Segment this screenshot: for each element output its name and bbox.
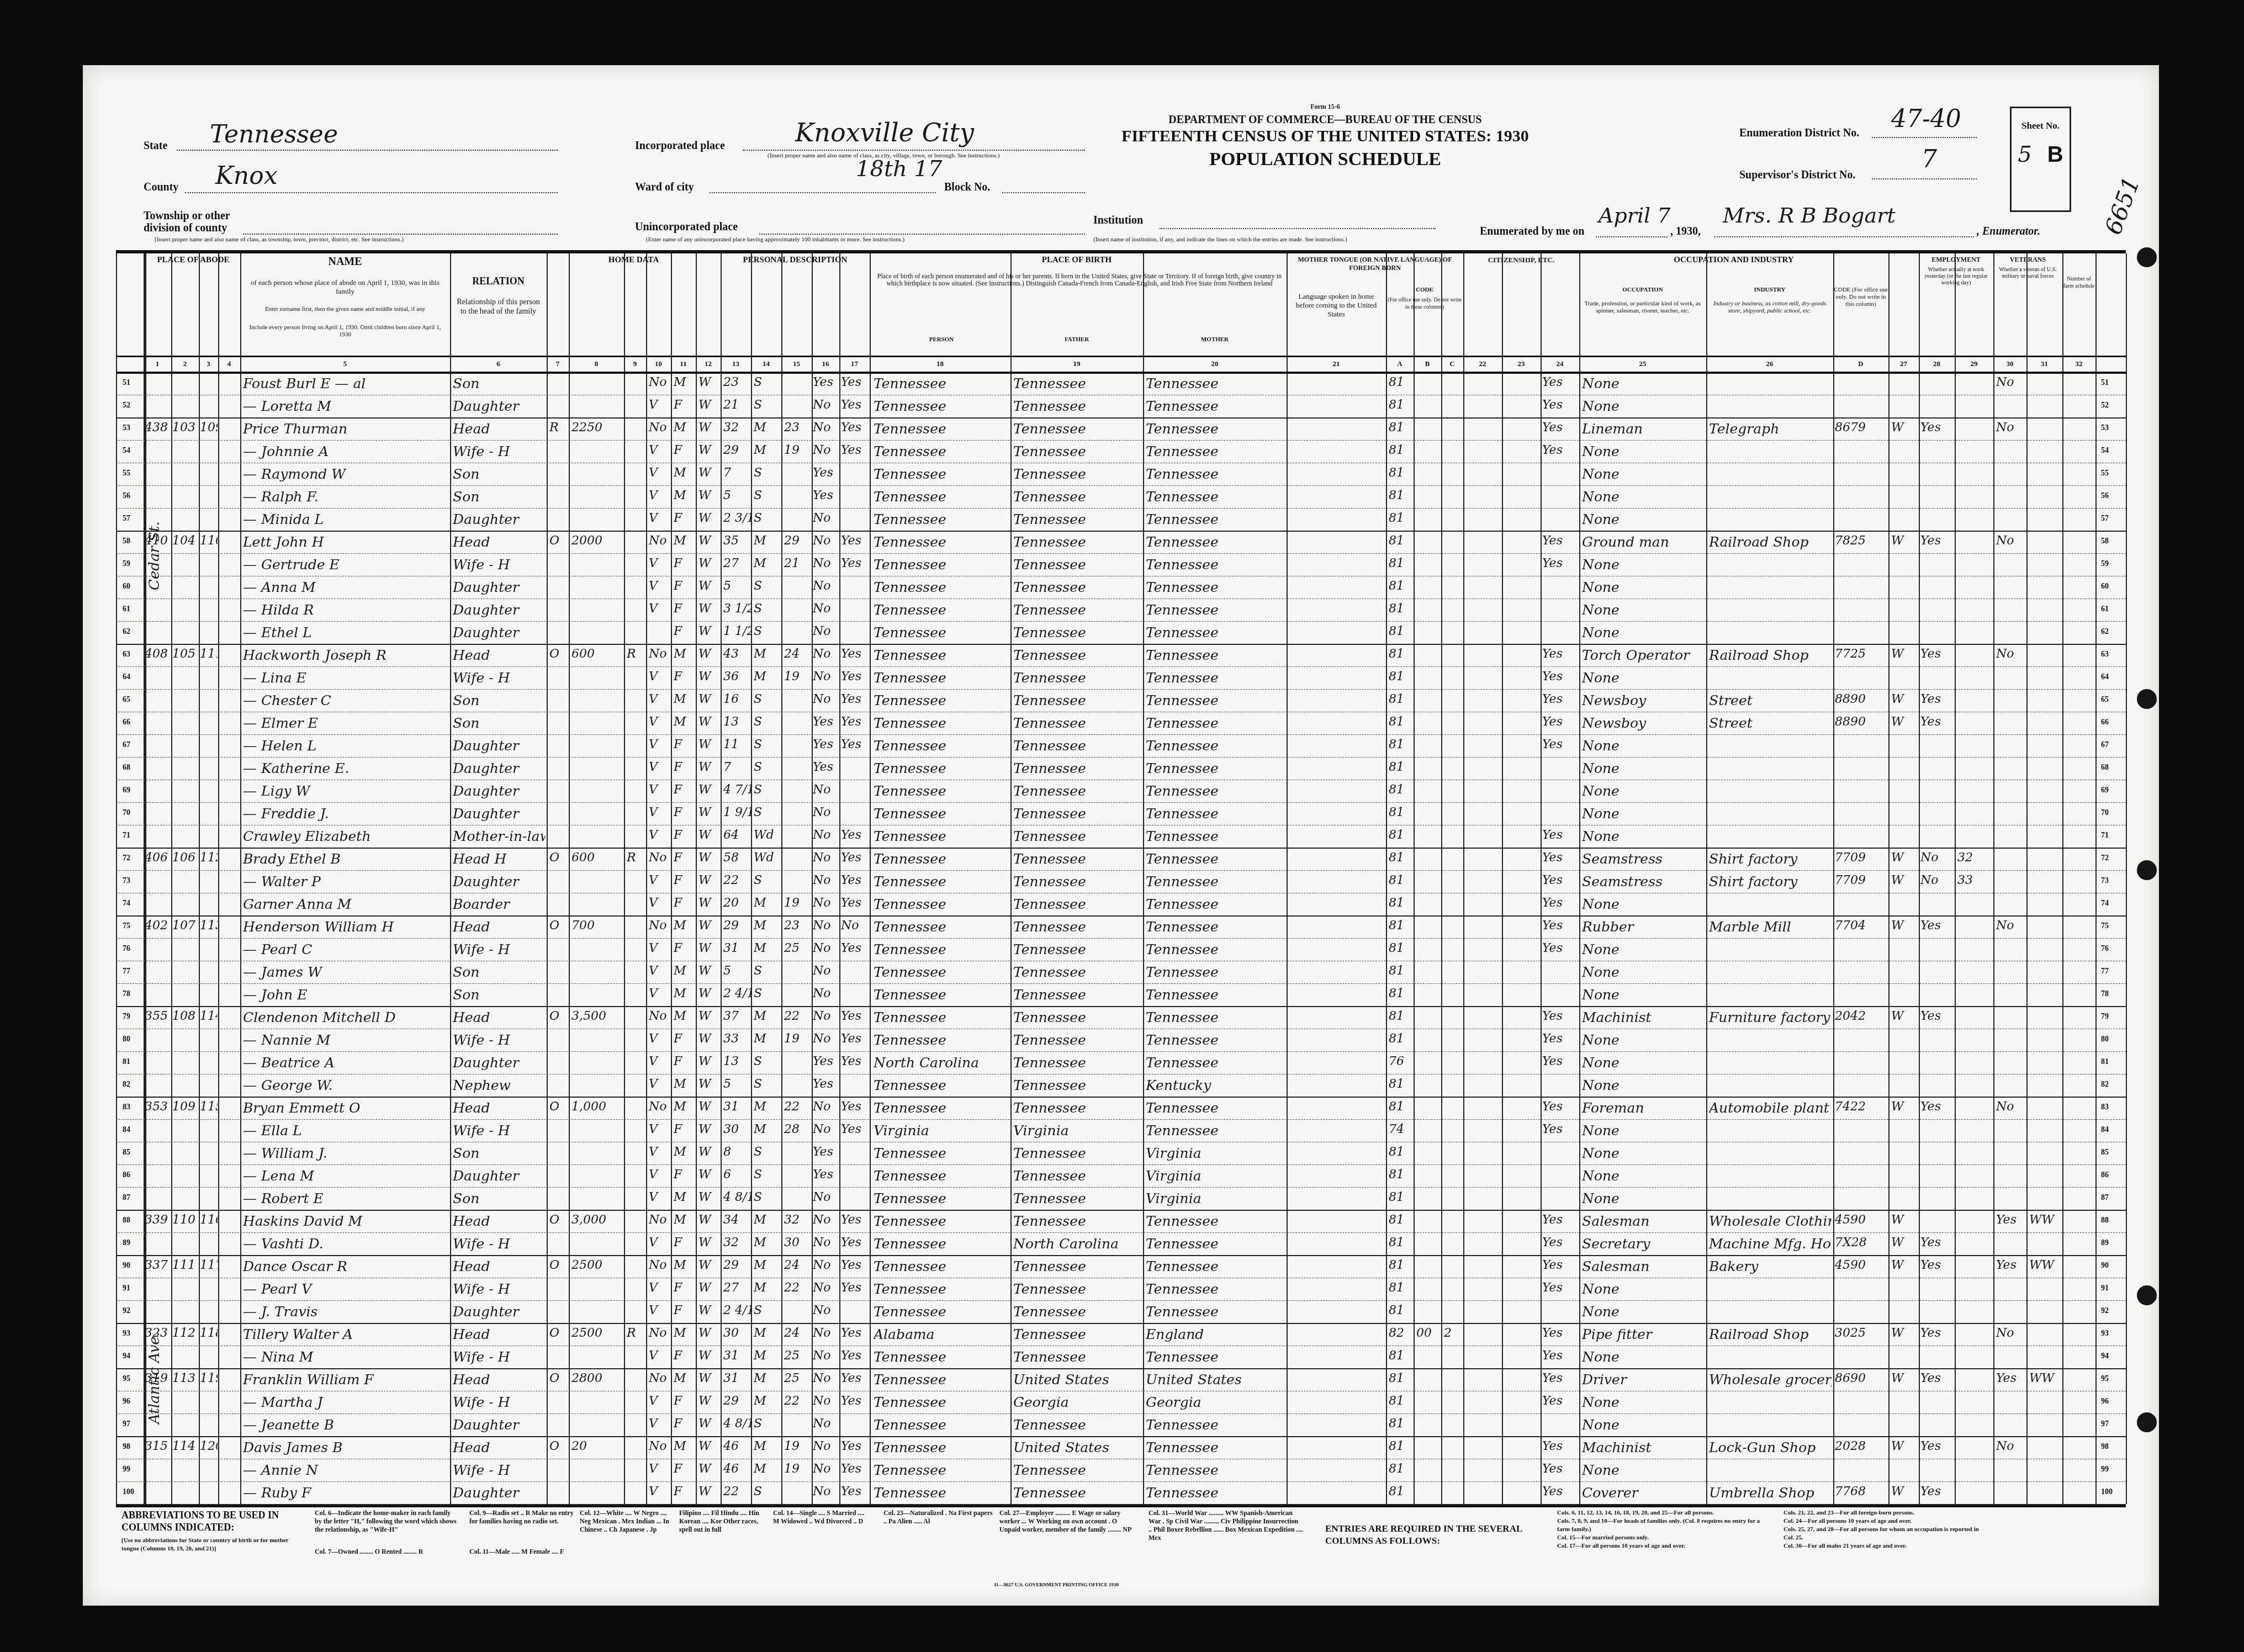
cell-name: — Loretta M	[243, 398, 448, 414]
cell-race: W	[698, 579, 719, 593]
cell-pob-m: United States	[1146, 1372, 1285, 1388]
cell-sex: F	[674, 398, 695, 412]
cell-code-a: 82	[1389, 1326, 1412, 1340]
cell-marital: M	[754, 1100, 780, 1114]
cell-english: Yes	[1542, 919, 1578, 933]
line-number: 74	[123, 899, 130, 908]
cell-sex: F	[674, 738, 695, 751]
cell-marital: M	[754, 1213, 780, 1227]
cell-farm: V	[649, 1281, 671, 1295]
cell-pob-f: Tennessee	[1013, 579, 1141, 595]
cell-age-marr: 28	[784, 1122, 811, 1136]
line-number: 99	[2101, 1465, 2109, 1474]
cell-value: 2250	[571, 421, 622, 435]
table-row: 5151Foust Burl E — alSonNoMW23SYesYesTen…	[116, 372, 2126, 395]
cell-industry: Lock-Gun Shop	[1709, 1439, 1832, 1455]
cell-name: Clendenon Mitchell D	[243, 1009, 448, 1025]
cell-school: No	[813, 511, 838, 525]
cell-pob-m: Virginia	[1146, 1145, 1285, 1161]
cell-pob: Tennessee	[874, 851, 1009, 867]
line-number: 76	[2101, 945, 2109, 954]
cell-sex: F	[674, 1349, 695, 1363]
cell-code-d: 7709	[1835, 873, 1887, 887]
cell-vet: Yes	[1996, 1213, 2026, 1227]
cell-pob-m: Tennessee	[1146, 806, 1285, 822]
cell-age-marr: 19	[784, 443, 811, 457]
cell-dwelling: 112	[172, 1326, 198, 1340]
cell-family: 118	[200, 1326, 218, 1340]
cell-code-a: 81	[1389, 1077, 1412, 1091]
cell-sex: M	[674, 1326, 695, 1340]
cell-own: R	[549, 421, 568, 435]
line-number: 53	[123, 424, 130, 433]
cell-pob-f: Tennessee	[1013, 851, 1141, 867]
cell-value: 700	[571, 919, 622, 933]
cell-pob-f: Tennessee	[1013, 375, 1141, 391]
cell-school: No	[813, 1349, 838, 1363]
line-number: 71	[123, 832, 130, 840]
line-number: 74	[2101, 899, 2109, 908]
cell-school: No	[813, 987, 838, 1000]
cell-school: No	[813, 670, 838, 684]
cell-read: Yes	[841, 1100, 869, 1114]
state-value: Tennessee	[210, 120, 338, 149]
line-number: 57	[123, 515, 130, 523]
cell-family: 115	[200, 1100, 218, 1114]
line-number: 96	[123, 1397, 130, 1406]
cell-race: W	[698, 1394, 719, 1408]
street-name: Cedar St.	[146, 380, 163, 590]
cell-age: 29	[723, 919, 752, 933]
cell-relation: Son	[453, 1145, 546, 1161]
cell-marital: M	[754, 1236, 780, 1249]
cell-name: — Raymond W	[243, 466, 448, 482]
cell-farm: V	[649, 511, 671, 525]
cell-pob-m: Tennessee	[1146, 1462, 1285, 1478]
cell-marital: S	[754, 1190, 780, 1204]
cell-age: 6	[723, 1168, 752, 1182]
cell-read: Yes	[841, 1009, 869, 1023]
table-row: 7979355108114Clendenon Mitchell DHeadO3,…	[116, 1006, 2126, 1029]
cell-read: Yes	[841, 1258, 869, 1272]
table-row: 8888339110116Haskins David MHeadO3,000No…	[116, 1210, 2126, 1233]
cell-pob-f: Tennessee	[1013, 466, 1141, 482]
cell-farm: V	[649, 806, 671, 819]
cell-school: Yes	[813, 738, 838, 751]
table-row: 9696— Martha JWife - HVFW29M22NoYesTenne…	[116, 1391, 2126, 1414]
line-number: 62	[2101, 628, 2109, 637]
line-number: 100	[2101, 1488, 2113, 1497]
line-number: 75	[123, 922, 130, 931]
cell-sex: F	[674, 1032, 695, 1046]
cell-pob-m: Georgia	[1146, 1394, 1285, 1410]
cell-pob: Tennessee	[874, 1190, 1009, 1206]
cell-pob-f: North Carolina	[1013, 1236, 1141, 1252]
cell-name: — Robert E	[243, 1190, 448, 1206]
cell-code-a: 81	[1389, 511, 1412, 525]
cell-vet: Yes	[1996, 1372, 2026, 1385]
enumerated-label: Enumerated by me on	[1480, 225, 1584, 238]
cell-race: W	[698, 692, 719, 706]
cell-name: — Hilda R	[243, 602, 448, 618]
cell-marital: S	[754, 1485, 780, 1499]
cell-race: W	[698, 1032, 719, 1046]
farm-schedule-desc: Number of farm schedule	[2062, 276, 2095, 290]
cell-relation: Daughter	[453, 1485, 546, 1501]
cell-english: Yes	[1542, 398, 1578, 412]
table-row: 5959— Gertrude EWife - HVFW27M21NoYesTen…	[116, 553, 2126, 576]
cell-radio: R	[627, 1326, 645, 1340]
incorporated-value: Knoxville City	[795, 118, 974, 147]
cell-marital: S	[754, 964, 780, 978]
table-row: 8585— William J.SonVMW8SYesTennesseeTenn…	[116, 1142, 2126, 1165]
cell-age: 30	[723, 1122, 752, 1136]
abbrev-title: ABBREVIATIONS TO BE USED IN COLUMNS INDI…	[121, 1509, 304, 1533]
table-row: 5757— Minida LDaughterVFW2 3/12SNoTennes…	[116, 508, 2126, 532]
enumerated-date: April 7	[1599, 203, 1671, 227]
cell-dwelling: 106	[172, 851, 198, 865]
cell-pob-m: Tennessee	[1146, 1236, 1285, 1252]
cell-occupation: Torch Operator	[1582, 647, 1705, 663]
cell-occupation: Pipe fitter	[1582, 1326, 1705, 1342]
cell-race: W	[698, 557, 719, 570]
cell-farm: V	[649, 1168, 671, 1182]
cell-code-a: 81	[1389, 1394, 1412, 1408]
line-number: 64	[2101, 673, 2109, 682]
cell-name: — Pearl C	[243, 941, 448, 957]
cell-pob-f: Tennessee	[1013, 624, 1141, 640]
cell-age: 22	[723, 1485, 752, 1499]
column-number: 19	[1010, 359, 1143, 368]
cell-name: — Katherine E.	[243, 760, 448, 776]
line-number: 92	[2101, 1307, 2109, 1316]
cell-pob: Tennessee	[874, 421, 1009, 437]
table-row: 9494— Nina MWife - HVFW31M25NoYesTenness…	[116, 1346, 2126, 1369]
cell-relation: Head	[453, 421, 546, 437]
cell-age: 21	[723, 398, 752, 412]
cell-english: Yes	[1542, 1394, 1578, 1408]
cell-race: W	[698, 964, 719, 978]
column-number: 25	[1579, 359, 1706, 368]
cell-age-marr: 25	[784, 1349, 811, 1363]
cell-relation: Son	[453, 692, 546, 708]
cell-occupation: Seamstress	[1582, 873, 1705, 889]
cell-code-a: 81	[1389, 398, 1412, 412]
binder-hole	[2137, 860, 2157, 880]
cell-relation: Daughter	[453, 602, 546, 618]
cell-pob: Tennessee	[874, 964, 1009, 980]
cell-sex: F	[674, 624, 695, 638]
cell-sex: M	[674, 1190, 695, 1204]
cell-code-a: 81	[1389, 828, 1412, 842]
cell-own: O	[549, 1213, 568, 1227]
cell-age: 22	[723, 873, 752, 887]
cell-occupation: None	[1582, 964, 1705, 980]
cell-farm: V	[649, 873, 671, 887]
cell-relation: Nephew	[453, 1077, 546, 1093]
cell-occupation: None	[1582, 1304, 1705, 1320]
cell-relation: Daughter	[453, 806, 546, 822]
footer-col6: Col. 6—Indicate the home-maker in each f…	[315, 1509, 458, 1534]
cell-farm: V	[649, 738, 671, 751]
cell-english: Yes	[1542, 375, 1578, 389]
cell-relation: Daughter	[453, 511, 546, 527]
cell-farm: V	[649, 489, 671, 502]
cell-pob-f: Tennessee	[1013, 1485, 1141, 1501]
cell-pob: North Carolina	[874, 1055, 1009, 1071]
cell-pob: Tennessee	[874, 1077, 1009, 1093]
cell-pob: Tennessee	[874, 466, 1009, 482]
cell-farm: V	[649, 1394, 671, 1408]
cell-value: 20	[571, 1439, 622, 1453]
cell-school: No	[813, 534, 838, 548]
column-number: 30	[1993, 359, 2026, 368]
cell-relation: Head	[453, 1213, 546, 1229]
cell-farm: V	[649, 1145, 671, 1159]
cell-class: W	[1891, 1009, 1918, 1023]
cell-age: 46	[723, 1462, 752, 1476]
cell-relation: Wife - H	[453, 941, 546, 957]
line-number: 91	[123, 1284, 130, 1293]
column-number: 21	[1287, 359, 1386, 368]
veterans-desc: Whether a veteran of U.S. military or na…	[1993, 267, 2062, 280]
column-number: 24	[1541, 359, 1579, 368]
cell-read: Yes	[841, 647, 869, 661]
cell-pob-f: Tennessee	[1013, 1304, 1141, 1320]
cell-race: W	[698, 489, 719, 502]
cell-age: 27	[723, 1281, 752, 1295]
cell-marital: S	[754, 375, 780, 389]
cell-relation: Son	[453, 489, 546, 505]
cell-age-marr: 19	[784, 1032, 811, 1046]
cell-school: Yes	[813, 466, 838, 480]
line-number: 93	[2101, 1330, 2109, 1338]
cell-age: 23	[723, 375, 752, 389]
cell-pob: Tennessee	[874, 1009, 1009, 1025]
table-row: 7777— James WSonVMW5SNoTennesseeTennesse…	[116, 961, 2126, 984]
cell-school: No	[813, 624, 838, 638]
line-number: 93	[123, 1330, 130, 1338]
cell-code-a: 81	[1389, 1258, 1412, 1272]
cell-name: — Nina M	[243, 1349, 448, 1365]
cell-read: Yes	[841, 375, 869, 389]
line-number: 59	[2101, 560, 2109, 569]
cell-pob-m: Tennessee	[1146, 987, 1285, 1003]
cell-relation: Head	[453, 1258, 546, 1274]
cell-relation: Daughter	[453, 1168, 546, 1184]
cell-sex: M	[674, 1258, 695, 1272]
cell-name: Dance Oscar R	[243, 1258, 448, 1274]
cell-industry: Shirt factory	[1709, 851, 1832, 867]
cell-value: 3,500	[571, 1009, 622, 1023]
cell-age: 2 4/12	[723, 1304, 752, 1317]
cell-name: Franklin William F	[243, 1372, 448, 1388]
cell-school: Yes	[813, 1055, 838, 1068]
cell-name: Tillery Walter A	[243, 1326, 448, 1342]
column-number: 15	[781, 359, 812, 368]
table-row: 9898315114120Davis James BHeadO20NoMW46M…	[116, 1436, 2126, 1459]
cell-sex: F	[674, 1394, 695, 1408]
cell-work: Yes	[1920, 1326, 1954, 1340]
cell-sex: F	[674, 941, 695, 955]
cell-relation: Daughter	[453, 738, 546, 754]
cell-code-d: 7704	[1835, 919, 1887, 933]
cell-read: Yes	[841, 1394, 869, 1408]
cell-marital: M	[754, 1032, 780, 1046]
cell-code-a: 81	[1389, 421, 1412, 435]
table-row: 7373— Walter PDaughterVFW22SNoYesTenness…	[116, 870, 2126, 893]
cell-relation: Head H	[453, 851, 546, 867]
cell-school: No	[813, 1417, 838, 1431]
cell-pob-f: Tennessee	[1013, 828, 1141, 844]
cell-pob: Tennessee	[874, 1168, 1009, 1184]
cell-school: Yes	[813, 1077, 838, 1091]
table-row: 7171Crawley ElizabethMother-in-lawVFW64W…	[116, 825, 2126, 849]
cell-name: — Vashti D.	[243, 1236, 448, 1252]
cell-farm: V	[649, 1236, 671, 1249]
cell-occupation: None	[1582, 1417, 1705, 1433]
cell-age: 4 8/12	[723, 1417, 752, 1431]
cell-school: No	[813, 1213, 838, 1227]
cell-marital: M	[754, 670, 780, 684]
cell-school: No	[813, 579, 838, 593]
cell-english: Yes	[1542, 828, 1578, 842]
code-d-desc: CODE (For office use only. Do not write …	[1833, 287, 1888, 308]
required-title: ENTRIES ARE REQUIRED IN THE SEVERAL COLU…	[1325, 1523, 1535, 1547]
cell-pob-m: Tennessee	[1146, 1213, 1285, 1229]
cell-relation: Daughter	[453, 624, 546, 640]
cell-occupation: None	[1582, 1168, 1705, 1184]
cell-code-a: 81	[1389, 1168, 1412, 1182]
cell-code-a: 81	[1389, 987, 1412, 1000]
cell-code-d: 8890	[1835, 715, 1887, 729]
cell-pob: Tennessee	[874, 443, 1009, 459]
abbrev-note: [Use no abbreviations for State or count…	[121, 1537, 304, 1553]
cell-age-marr: 29	[784, 534, 811, 548]
cell-race: W	[698, 1417, 719, 1431]
column-number: 18	[870, 359, 1010, 368]
cell-marital: S	[754, 738, 780, 751]
table-row: 9797— Jeanette BDaughterVFW4 8/12SNoTenn…	[116, 1413, 2126, 1437]
cell-race: W	[698, 1213, 719, 1227]
table-row: 7070— Freddie J.DaughterVFW1 9/12SNoTenn…	[116, 802, 2126, 825]
cell-age-marr: 23	[784, 421, 811, 435]
cell-code-d: 7422	[1835, 1100, 1887, 1114]
cell-occupation: Machinist	[1582, 1009, 1705, 1025]
cell-school: No	[813, 1281, 838, 1295]
cell-code-d: 8890	[1835, 692, 1887, 706]
cell-code-a: 81	[1389, 1213, 1412, 1227]
cell-school: No	[813, 647, 838, 661]
table-row: 6262— Ethel LDaughterFW1 1/2SNoTennessee…	[116, 621, 2126, 645]
cell-relation: Daughter	[453, 1417, 546, 1433]
line-number: 65	[2101, 696, 2109, 705]
cell-race: W	[698, 602, 719, 616]
cell-read: Yes	[841, 1462, 869, 1476]
required-rule: Col. 17—For all persons 10 years of age …	[1557, 1542, 1767, 1550]
stamp-number: 6651	[2099, 173, 2145, 238]
line-number: 80	[2101, 1035, 2109, 1044]
cell-english: Yes	[1542, 1258, 1578, 1272]
cell-farm: V	[649, 1304, 671, 1317]
cell-sex: F	[674, 1168, 695, 1182]
line-number: 51	[123, 379, 130, 388]
cell-pob-f: Tennessee	[1013, 647, 1141, 663]
cell-race: W	[698, 421, 719, 435]
cell-english: Yes	[1542, 1032, 1578, 1046]
cell-vet: No	[1996, 375, 2026, 389]
cell-marital: Wd	[754, 851, 780, 865]
cell-code-d: 7725	[1835, 647, 1887, 661]
table-row: 5555— Raymond WSonVMW7SYesTennesseeTenne…	[116, 463, 2126, 486]
table-row: 9292— J. TravisDaughterVFW2 4/12SNoTenne…	[116, 1300, 2126, 1324]
cell-pob-f: Tennessee	[1013, 1055, 1141, 1071]
table-row: 8484— Ella LWife - HVFW30M28NoYesVirgini…	[116, 1119, 2126, 1142]
cell-sex: F	[674, 511, 695, 525]
cell-school: No	[813, 1485, 838, 1499]
cell-race: W	[698, 851, 719, 865]
cell-occupation: Rubber	[1582, 919, 1705, 935]
cell-race: W	[698, 760, 719, 774]
cell-code-a: 81	[1389, 1032, 1412, 1046]
column-number: 16	[812, 359, 839, 368]
cell-school: No	[813, 1394, 838, 1408]
cell-race: W	[698, 1349, 719, 1363]
table-row: 9595319113119Franklin William FHeadO2800…	[116, 1368, 2126, 1391]
cell-farm: No	[649, 1213, 671, 1227]
line-number: 95	[2101, 1375, 2109, 1384]
cell-pob: Tennessee	[874, 738, 1009, 754]
cell-code-a: 81	[1389, 534, 1412, 548]
cell-sex: M	[674, 1145, 695, 1159]
table-row: 7878— John ESonVMW2 4/12SNoTennesseeTenn…	[116, 983, 2126, 1007]
supervisor-value: 7	[1922, 145, 1937, 173]
cell-family: 113	[200, 919, 218, 933]
cell-industry: Telegraph	[1709, 421, 1832, 437]
cell-age-marr: 21	[784, 557, 811, 570]
cell-race: W	[698, 1077, 719, 1091]
language-desc: Language spoken in home before coming to…	[1289, 292, 1383, 319]
cell-pob: Tennessee	[874, 624, 1009, 640]
cell-sex: M	[674, 919, 695, 933]
line-number: 86	[123, 1171, 130, 1180]
cell-school: No	[813, 398, 838, 412]
table-row: 8787— Robert ESonVMW4 8/12SNoTennesseeTe…	[116, 1187, 2126, 1211]
line-number: 85	[2101, 1148, 2109, 1157]
cell-marital: M	[754, 1372, 780, 1385]
line-number: 68	[123, 764, 130, 772]
cell-english: Yes	[1542, 1055, 1578, 1068]
cell-name: Crawley Elizabeth	[243, 828, 448, 844]
cell-family: 117	[200, 1258, 218, 1272]
cell-industry: Marble Mill	[1709, 919, 1832, 935]
cell-sex: F	[674, 579, 695, 593]
column-number: 3	[199, 359, 218, 368]
cell-relation: Wife - H	[453, 1236, 546, 1252]
line-number: 83	[123, 1103, 130, 1112]
line-number: 51	[2101, 379, 2109, 388]
column-number: 27	[1888, 359, 1919, 368]
cell-age: 4 7/12	[723, 783, 752, 797]
cell-pob: Tennessee	[874, 1462, 1009, 1478]
cell-read: Yes	[841, 670, 869, 684]
cell-farm: V	[649, 760, 671, 774]
cell-school: No	[813, 1462, 838, 1476]
cell-english: Yes	[1542, 647, 1578, 661]
column-number: 28	[1919, 359, 1955, 368]
cell-sex: M	[674, 466, 695, 480]
cell-dwelling: 105	[172, 647, 198, 661]
